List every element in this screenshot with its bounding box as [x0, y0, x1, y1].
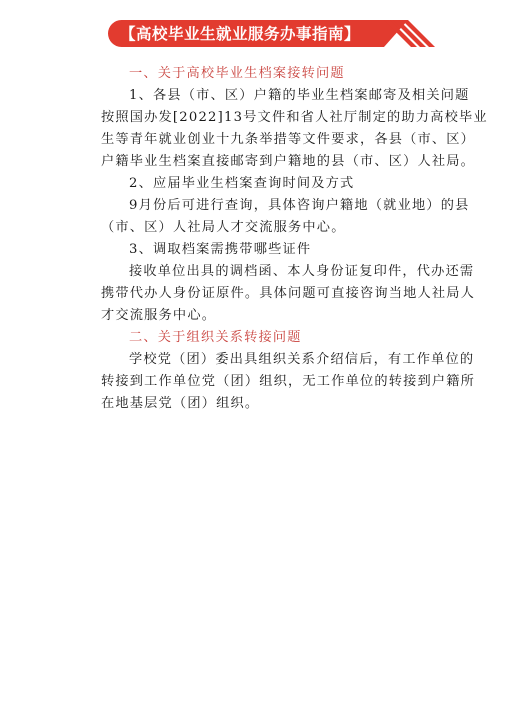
- item-title-required-documents: 3、调取档案需携带哪些证件: [101, 239, 441, 261]
- section-heading-archives: 一、关于高校毕业生档案接转问题: [101, 63, 441, 85]
- section-heading-party-relations: 二、关于组织关系转接问题: [101, 327, 441, 349]
- paragraph-line: 按照国办发[2022]13号文件和省人社厅制定的助力高校毕业: [101, 107, 441, 129]
- banner-title: 【高校毕业生就业服务办事指南】: [120, 22, 360, 46]
- paragraph-line: 9月份后可进行查询，具体咨询户籍地（就业地）的县: [101, 195, 441, 217]
- paragraph-line: 才交流服务中心。: [101, 305, 441, 327]
- paragraph-line: 接收单位出具的调档函、本人身份证复印件，代办还需: [101, 261, 441, 283]
- paragraph-line: （市、区）人社局人才交流服务中心。: [101, 217, 441, 239]
- paragraph-line: 学校党（团）委出具组织关系介绍信后，有工作单位的: [101, 349, 441, 371]
- paragraph-line: 转接到工作单位党（团）组织，无工作单位的转接到户籍所: [101, 371, 441, 393]
- paragraph-line: 在地基层党（团）组织。: [101, 393, 441, 415]
- item-title-archive-mailing: 1、各县（市、区）户籍的毕业生档案邮寄及相关问题: [101, 85, 441, 107]
- paragraph-line: 生等青年就业创业十九条举措等文件要求，各县（市、区）: [101, 129, 441, 151]
- paragraph-line: 携带代办人身份证原件。具体问题可直接咨询当地人社局人: [101, 283, 441, 305]
- paragraph-line: 户籍毕业生档案直接邮寄到户籍地的县（市、区）人社局。: [101, 151, 441, 173]
- item-title-archive-query: 2、应届毕业生档案查询时间及方式: [101, 173, 441, 195]
- document-body: 一、关于高校毕业生档案接转问题 1、各县（市、区）户籍的毕业生档案邮寄及相关问题…: [101, 63, 441, 415]
